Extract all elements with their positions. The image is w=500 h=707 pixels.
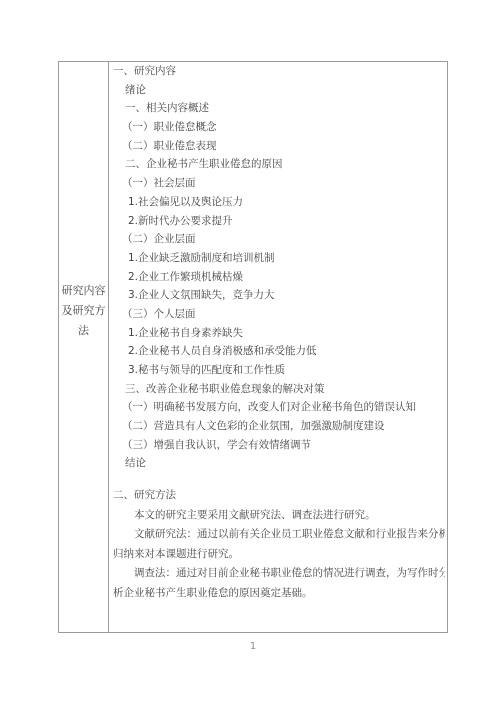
- outline-line: 2.企业秘书人员自身消极感和承受能力低: [109, 342, 445, 361]
- outline-line: 3.企业人文氛围缺失，竞争力大: [109, 286, 445, 305]
- row-header-line: 研究内容: [59, 281, 108, 301]
- outline-line: 本文的研究主要采用文献研究法、调查法进行研究。: [109, 506, 445, 526]
- row-header-line: 法: [59, 321, 108, 341]
- outline-line: 2.新时代办公要求提升: [109, 212, 445, 231]
- page-number: 1: [58, 641, 448, 652]
- outline-line: （一）职业倦怠概念: [109, 118, 445, 137]
- outline-line: 2.企业工作繁琐机械枯燥: [109, 268, 445, 287]
- outline-line: 三、改善企业秘书职业倦怠现象的解决对策: [109, 380, 445, 399]
- outline-line: 1.企业秘书自身素养缺失: [109, 324, 445, 343]
- outline-line: （一）社会层面: [109, 174, 445, 193]
- outline-line: 1.企业缺乏激励制度和培训机制: [109, 249, 445, 268]
- outline-line: （三）个人层面: [109, 305, 445, 324]
- proposal-table: 研究内容 及研究方 法 一、研究内容绪论一、相关内容概述（一）职业倦怠概念（二）…: [58, 61, 448, 633]
- row-header-cell: 研究内容 及研究方 法: [59, 62, 109, 632]
- outline-line: （二）营造具有人文色彩的企业氛围，加强激励制度建设: [109, 417, 445, 436]
- outline-line: 一、相关内容概述: [109, 99, 445, 118]
- content-cell: 一、研究内容绪论一、相关内容概述（一）职业倦怠概念（二）职业倦怠表现二、企业秘书…: [109, 62, 447, 632]
- outline-line: 二、研究方法: [109, 486, 445, 506]
- outline-line: 3.秘书与领导的匹配度和工作性质: [109, 361, 445, 380]
- outline-line: （二）职业倦怠表现: [109, 137, 445, 156]
- outline-line: （三）增强自我认识，学会有效情绪调节: [109, 436, 445, 455]
- outline-line: 调查法：通过对目前企业秘书职业倦怠的情况进行调查，为写作时分: [109, 564, 445, 584]
- outline-line: 绪论: [109, 81, 445, 100]
- document-page: 研究内容 及研究方 法 一、研究内容绪论一、相关内容概述（一）职业倦怠概念（二）…: [0, 0, 500, 707]
- outline-line: （一）明确秘书发展方向，改变人们对企业秘书角色的错误认知: [109, 398, 445, 417]
- outline-line: 1.社会偏见以及舆论压力: [109, 193, 445, 212]
- outline-line: 归纳来对本课题进行研究。: [109, 545, 445, 565]
- outline-line: 一、研究内容: [109, 62, 445, 81]
- outline-line: （二）企业层面: [109, 230, 445, 249]
- outline-line: 文献研究法：通过以前有关企业员工职业倦怠文献和行业报告来分析: [109, 525, 445, 545]
- blank-line: [109, 473, 445, 486]
- outline-line: 二、企业秘书产生职业倦怠的原因: [109, 155, 445, 174]
- outline-line: 结论: [109, 454, 445, 473]
- row-header-line: 及研究方: [59, 301, 108, 321]
- outline-line: 析企业秘书产生职业倦怠的原因奠定基础。: [109, 584, 445, 604]
